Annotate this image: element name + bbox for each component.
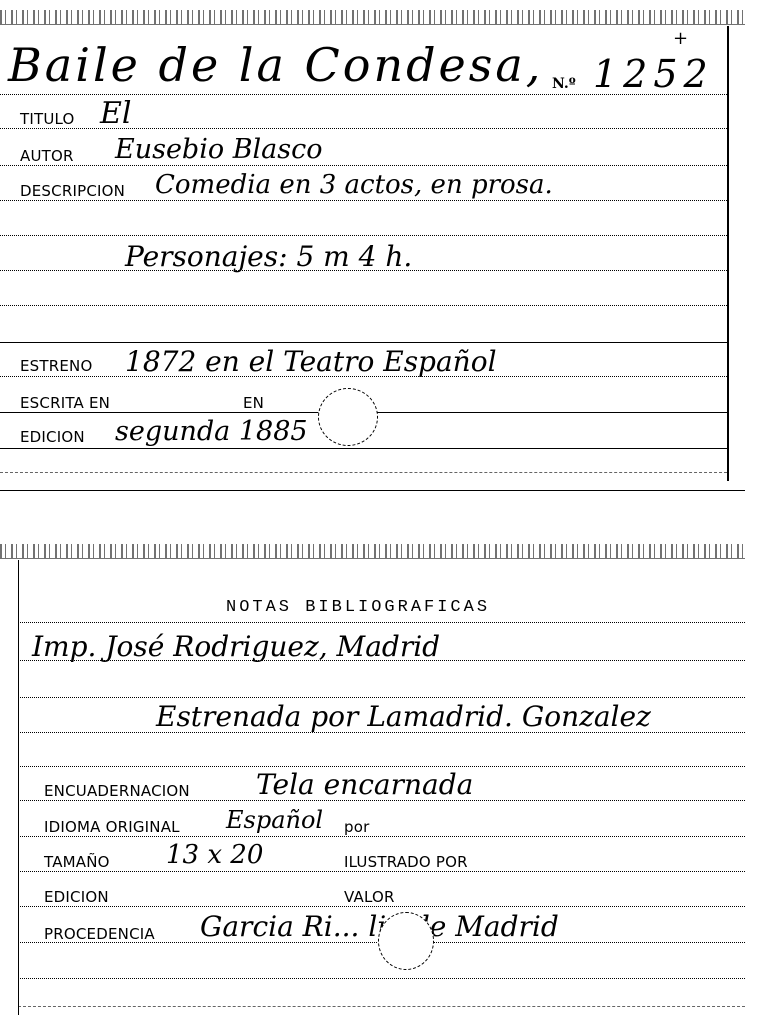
back-card: NOTAS BIBLIOGRAFICAS Imp. José Rodriguez… (18, 560, 745, 1020)
punch-hole (318, 388, 378, 446)
encuadernacion-value: Tela encarnada (256, 768, 473, 801)
punch-hole (378, 912, 434, 970)
edicion-value: segunda 1885 (115, 416, 308, 447)
note-rule-3 (18, 732, 745, 733)
back-bottom-edge (18, 1006, 745, 1007)
edicion-rule (0, 448, 727, 449)
idioma-value: Español (226, 806, 323, 834)
number-value: 1252 (593, 52, 714, 96)
estreno-rule (0, 376, 727, 377)
title-handwritten: Baile de la Condesa, (8, 38, 543, 92)
encuadernacion-label: ENCUADERNACION (44, 782, 190, 800)
descripcion-value: Comedia en 3 actos, en prosa. (155, 170, 553, 200)
heading-rule (18, 622, 745, 623)
estreno-value: 1872 en el Teatro Español (125, 345, 497, 378)
title-rule (0, 94, 727, 95)
titulo-value: El (100, 96, 132, 131)
tamano-value: 13 x 20 (166, 840, 263, 870)
autor-rule (0, 165, 727, 166)
note-rule-1 (18, 660, 745, 661)
escrita-en-second-label: EN (243, 394, 264, 412)
personajes-value: Personajes: 5 m 4 h. (125, 240, 412, 273)
autor-value: Eusebio Blasco (115, 134, 323, 165)
corner-mark: + (673, 28, 688, 49)
blank-rule-2 (0, 305, 727, 306)
descripcion-label: DESCRIPCION (20, 182, 125, 200)
back-blank-rule (18, 978, 745, 979)
autor-label: AUTOR (20, 147, 74, 165)
personajes-rule (0, 270, 727, 271)
idioma-label: IDIOMA ORIGINAL (44, 818, 180, 836)
back-edicion-label: EDICION (44, 888, 109, 906)
edicion-valor-rule (18, 906, 745, 907)
back-card-top-noise (0, 544, 745, 559)
estreno-label: ESTRENO (20, 357, 93, 375)
idioma-por-label: por (344, 818, 369, 836)
descripcion-rule (0, 200, 727, 201)
tamano-rule (18, 871, 745, 872)
card-bottom-edge (0, 490, 745, 491)
front-card: Baile de la Condesa, N.º 1252 + TITULO E… (0, 0, 727, 495)
number-label: N.º (552, 76, 576, 92)
idioma-rule (18, 836, 745, 837)
escrita-en-label: ESCRITA EN (20, 394, 110, 412)
note-line-2: Estrenada por Lamadrid. Gonzalez (156, 700, 651, 733)
notas-heading: NOTAS BIBLIOGRAFICAS (226, 598, 490, 617)
procedencia-label: PROCEDENCIA (44, 925, 155, 943)
valor-label: VALOR (344, 888, 395, 906)
encuadernacion-rule (18, 800, 745, 801)
note-rule-4 (18, 766, 745, 767)
blank-rule-3 (0, 342, 727, 343)
titulo-rule (0, 128, 727, 129)
tamano-label: TAMAÑO (44, 853, 110, 871)
blank-rule-1 (0, 235, 727, 236)
edicion-label: EDICION (20, 428, 85, 446)
ilustrado-label: ILUSTRADO POR (344, 853, 468, 871)
titulo-label: TITULO (20, 110, 75, 128)
bottom-rule (0, 472, 727, 473)
note-line-1: Imp. José Rodriguez, Madrid (32, 630, 440, 663)
note-rule-2 (18, 697, 745, 698)
